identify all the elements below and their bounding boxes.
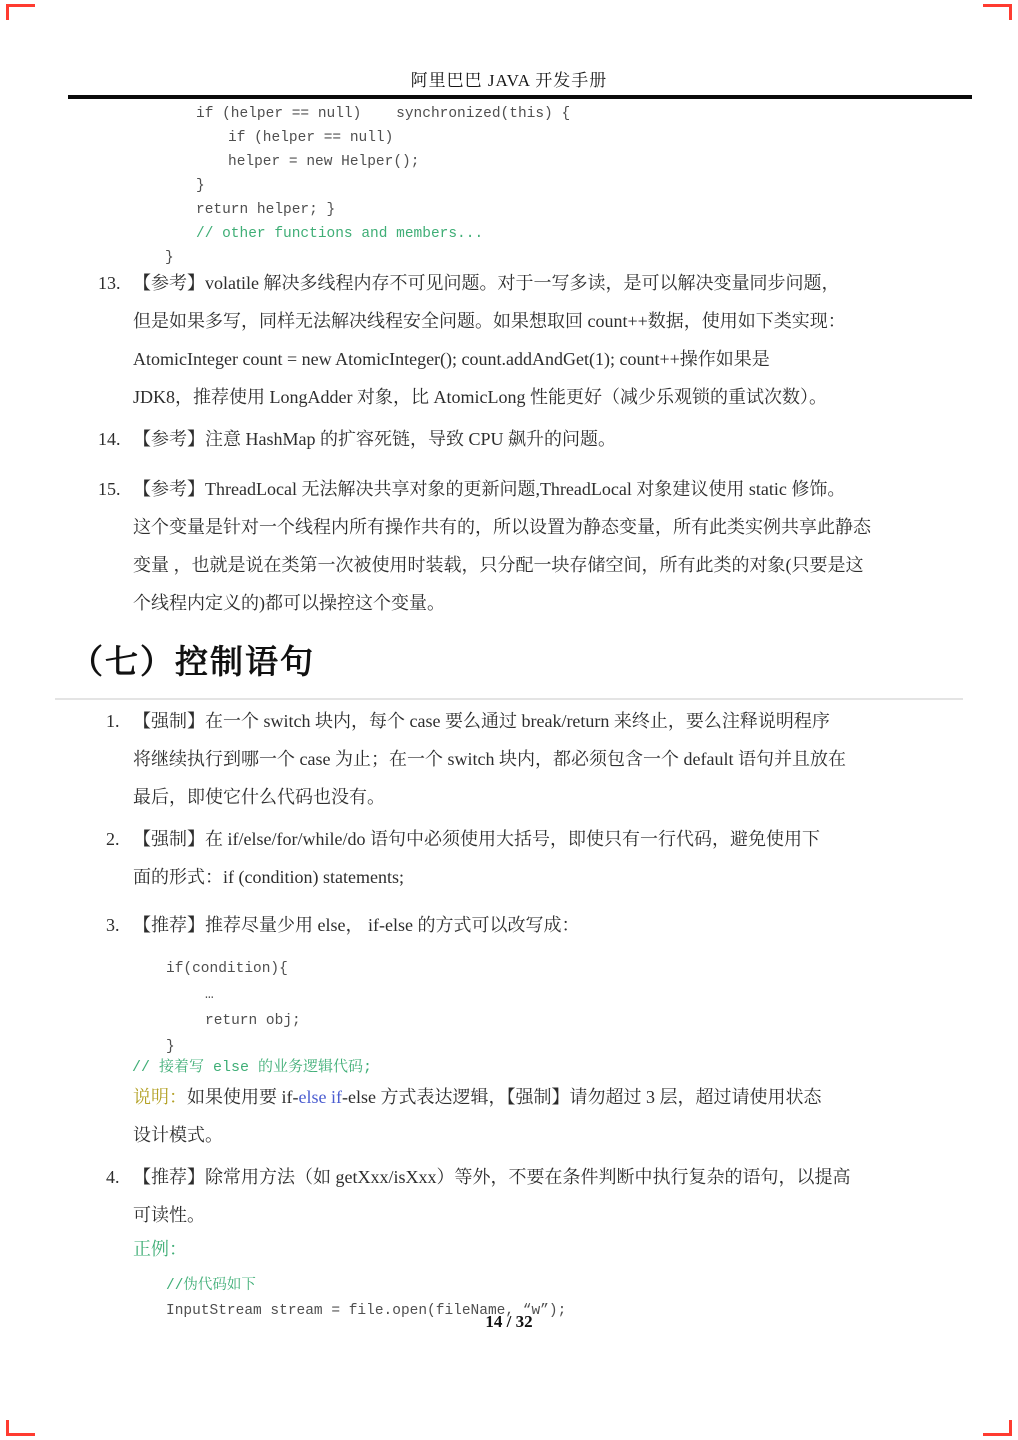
section-heading: （七）控制语句	[70, 636, 315, 683]
text-line: 【强制】在一个 switch 块内，每个 case 要么通过 break/ret…	[133, 702, 995, 740]
text-line: 面的形式：if (condition) statements;	[133, 858, 995, 896]
list-item-2: 2. 【强制】在 if/else/for/while/do 语句中必须使用大括号…	[0, 820, 1018, 896]
list-item-number: 1.	[106, 702, 120, 740]
list-item-14: 14. 【参考】注意 HashMap 的扩容死链，导致 CPU 飙升的问题。	[0, 420, 1018, 458]
note-text-highlight: else if	[299, 1087, 342, 1107]
list-item-text: 【推荐】除常用方法（如 getXxx/isXxx）等外，不要在条件判断中执行复杂…	[133, 1158, 995, 1234]
corner-mark-top-right	[983, 4, 1012, 20]
corner-mark-bottom-right	[983, 1420, 1012, 1436]
text-line: 【参考】volatile 解决多线程内存不可见问题。对于一写多读，是可以解决变量…	[133, 264, 995, 302]
text-line: 【强制】在 if/else/for/while/do 语句中必须使用大括号，即使…	[133, 820, 995, 858]
list-item-13: 13. 【参考】volatile 解决多线程内存不可见问题。对于一写多读，是可以…	[0, 264, 1018, 416]
code-line: }	[165, 174, 570, 198]
code-block-helper: if (helper == null) synchronized(this) {…	[165, 102, 570, 270]
corner-mark-top-left	[6, 4, 35, 20]
text-line: AtomicInteger count = new AtomicInteger(…	[133, 340, 995, 378]
text-line: 可读性。	[133, 1196, 995, 1234]
code-line: return helper; }	[165, 198, 570, 222]
code-line: //伪代码如下	[166, 1274, 566, 1299]
positive-example-label: 正例：	[133, 1234, 187, 1264]
code-line: if (helper == null)	[165, 126, 570, 150]
text-line: 【推荐】推荐尽量少用 else， if-else 的方式可以改写成：	[133, 906, 995, 944]
code-line: helper = new Helper();	[165, 150, 570, 174]
code-line: return obj;	[166, 1008, 301, 1034]
list-item-4: 4. 【推荐】除常用方法（如 getXxx/isXxx）等外，不要在条件判断中执…	[0, 1158, 1018, 1234]
list-item-number: 13.	[98, 264, 121, 302]
note-text: 如果使用要 if-	[187, 1087, 299, 1107]
text-line: 将继续执行到哪一个 case 为止；在一个 switch 块内，都必须包含一个 …	[133, 740, 995, 778]
note-text: -else 方式表达逻辑，【强制】请勿超过 3 层，超过请使用状态	[342, 1087, 821, 1107]
list-item-3: 3. 【推荐】推荐尽量少用 else， if-else 的方式可以改写成：	[0, 906, 1018, 944]
text-line: 但是如果多写，同样无法解决线程安全问题。如果想取回 count++数据，使用如下…	[133, 302, 995, 340]
list-item-number: 14.	[98, 420, 121, 458]
note-label: 说明：	[133, 1087, 187, 1107]
code-line: // other functions and members...	[165, 222, 570, 246]
text-line: JDK8，推荐使用 LongAdder 对象，比 AtomicLong 性能更好…	[133, 378, 995, 416]
scan-artifact-line	[55, 698, 963, 700]
text-line: 个线程内定义的)都可以操控这个变量。	[133, 584, 995, 622]
list-item-number: 3.	[106, 906, 120, 944]
list-item-text: 【参考】volatile 解决多线程内存不可见问题。对于一写多读，是可以解决变量…	[133, 264, 995, 416]
page-number: 14 / 32	[0, 1312, 1018, 1332]
list-item-number: 2.	[106, 820, 120, 858]
note-line: 说明：如果使用要 if-else if-else 方式表达逻辑，【强制】请勿超过…	[133, 1078, 995, 1116]
header-rule	[68, 95, 972, 99]
list-item-text: 【参考】ThreadLocal 无法解决共享对象的更新问题,ThreadLoca…	[133, 470, 995, 622]
document-page: 阿里巴巴 JAVA 开发手册 if (helper == null) synch…	[0, 0, 1018, 1440]
code-line: if (helper == null) synchronized(this) {	[165, 102, 570, 126]
text-line: 【参考】ThreadLocal 无法解决共享对象的更新问题,ThreadLoca…	[133, 470, 995, 508]
text-line: 【推荐】除常用方法（如 getXxx/isXxx）等外，不要在条件判断中执行复杂…	[133, 1158, 995, 1196]
list-item-text: 【推荐】推荐尽量少用 else， if-else 的方式可以改写成：	[133, 906, 995, 944]
text-line: 这个变量是针对一个线程内所有操作共有的，所以设置为静态变量，所有此类实例共享此静…	[133, 508, 995, 546]
list-item-number: 4.	[106, 1158, 120, 1196]
code-block-ifelse: if(condition){…return obj;}	[166, 956, 301, 1060]
code-line: …	[166, 982, 301, 1008]
list-item-text: 【参考】注意 HashMap 的扩容死链，导致 CPU 飙升的问题。	[133, 420, 995, 458]
list-item-text: 【强制】在 if/else/for/while/do 语句中必须使用大括号，即使…	[133, 820, 995, 896]
page-header-title: 阿里巴巴 JAVA 开发手册	[0, 66, 1018, 91]
else-business-logic-comment: // 接着写 else 的业务逻辑代码;	[132, 1056, 372, 1080]
code-line: if(condition){	[166, 956, 301, 982]
text-line: 最后，即使它什么代码也没有。	[133, 778, 995, 816]
note-line: 设计模式。	[133, 1116, 995, 1154]
list-item-number: 15.	[98, 470, 121, 508]
list-item-1: 1. 【强制】在一个 switch 块内，每个 case 要么通过 break/…	[0, 702, 1018, 816]
text-line: 变量 ，也就是说在类第一次被使用时装载，只分配一块存储空间，所有此类的对象(只要…	[133, 546, 995, 584]
list-item-text: 【强制】在一个 switch 块内，每个 case 要么通过 break/ret…	[133, 702, 995, 816]
list-item-15: 15. 【参考】ThreadLocal 无法解决共享对象的更新问题,Thread…	[0, 470, 1018, 622]
note-block: 说明：如果使用要 if-else if-else 方式表达逻辑，【强制】请勿超过…	[133, 1078, 995, 1154]
text-line: 【参考】注意 HashMap 的扩容死链，导致 CPU 飙升的问题。	[133, 420, 995, 458]
corner-mark-bottom-left	[6, 1420, 35, 1436]
